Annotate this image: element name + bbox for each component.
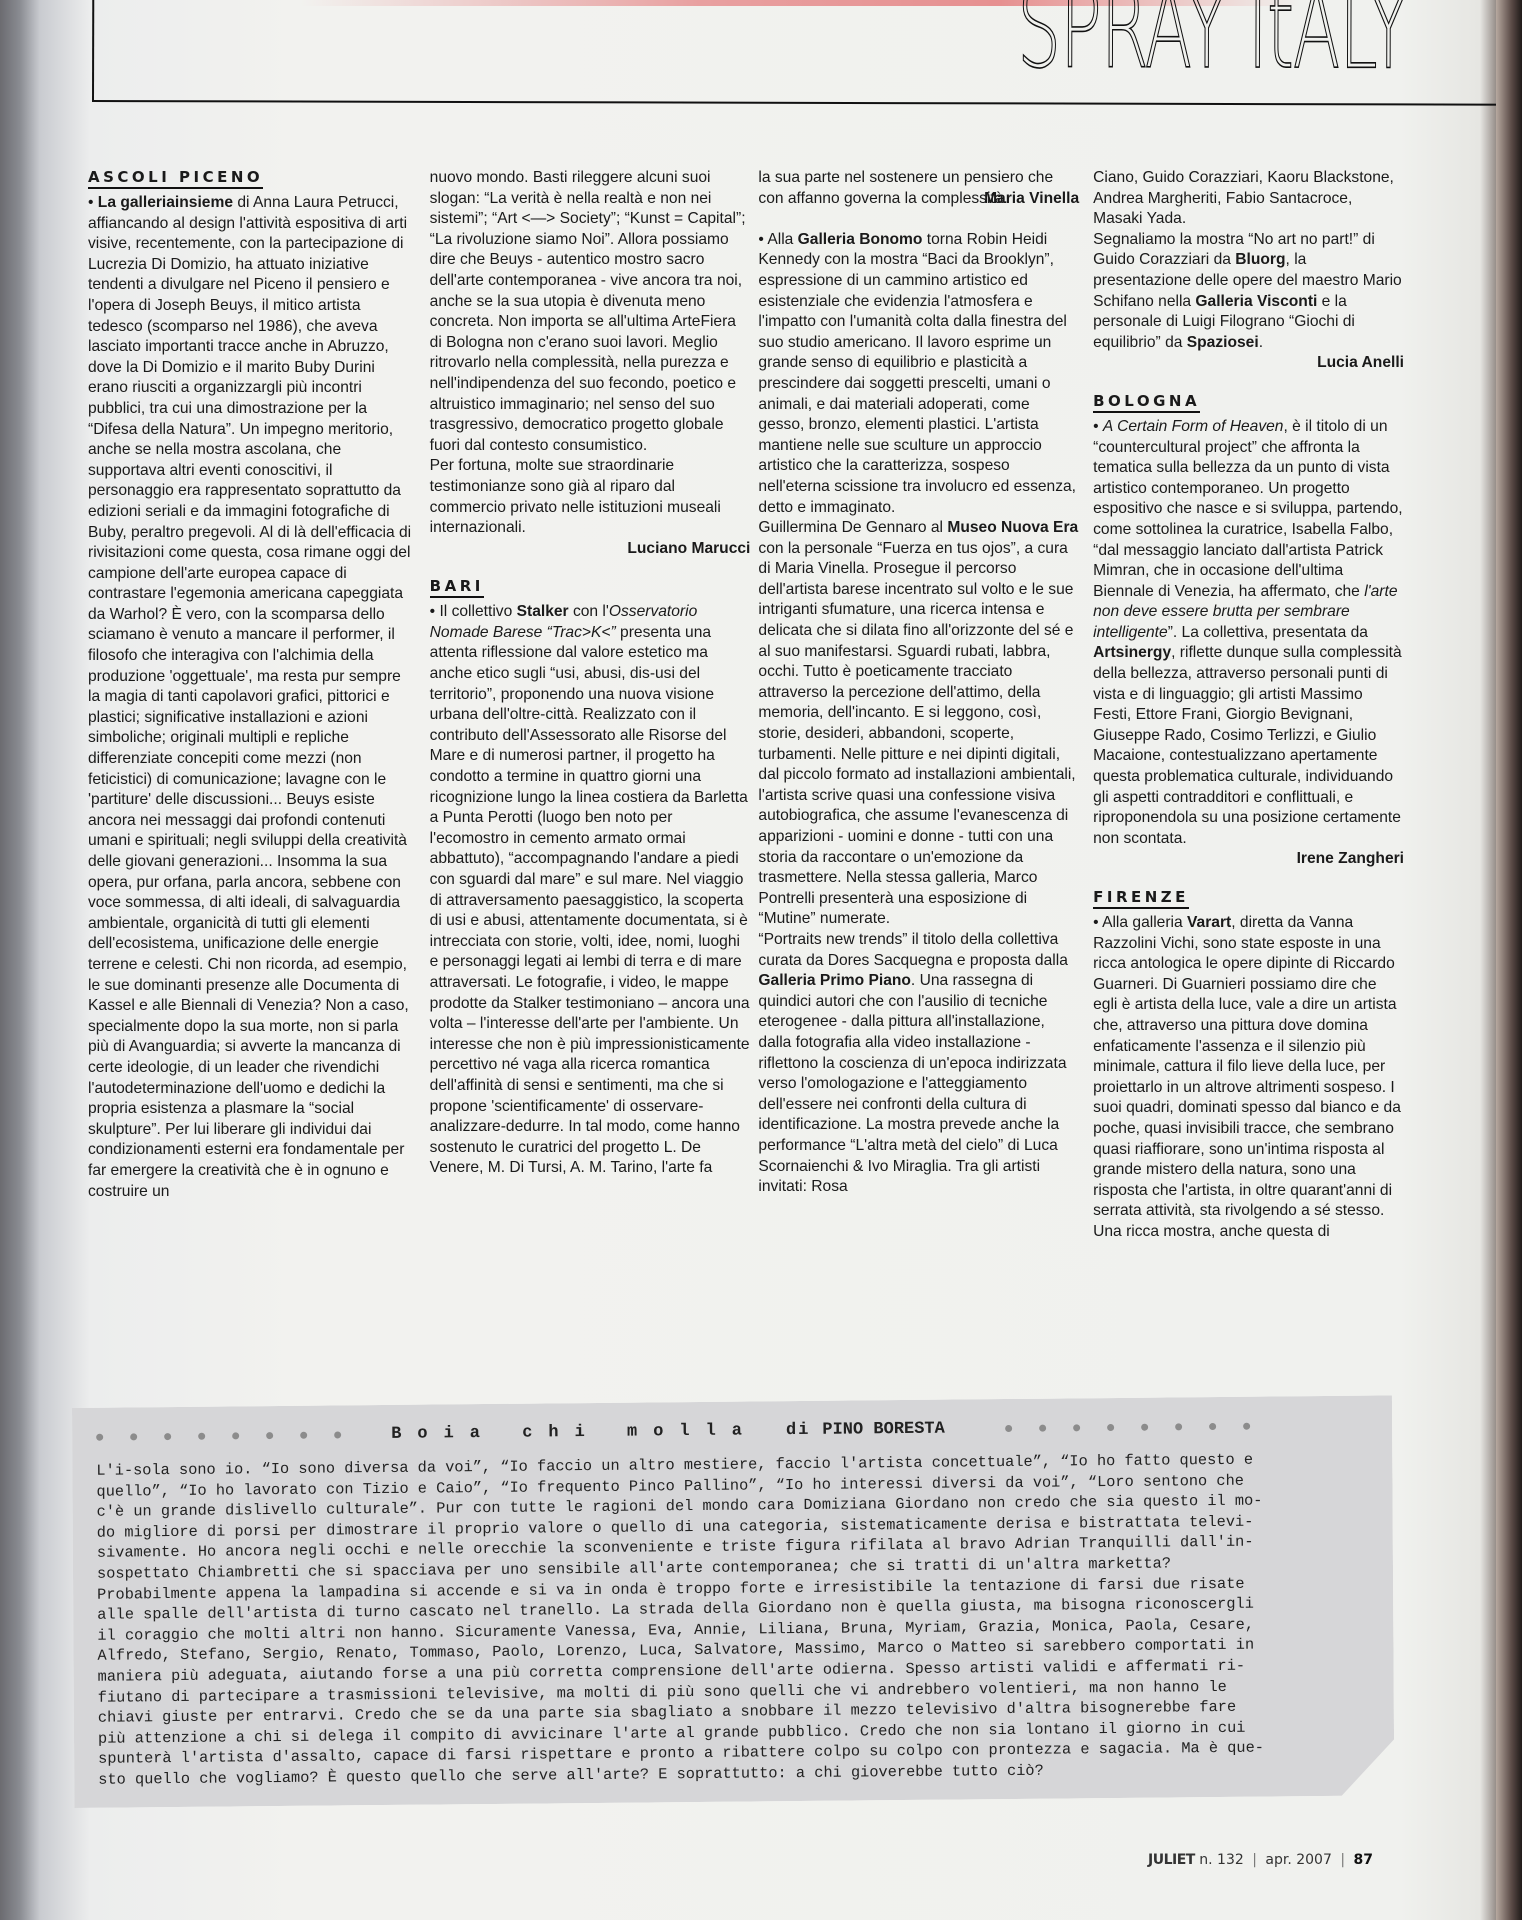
- gallery-name: Galleria Primo Piano: [758, 972, 911, 989]
- city-heading-bologna: BOLOGNA: [1093, 392, 1200, 413]
- dot-icon: [1107, 1424, 1114, 1431]
- dot-icon: [96, 1434, 103, 1441]
- article-bari-bonomo: • Alla Galleria Bonomo torna Robin Heidi…: [758, 230, 1079, 518]
- gallery-name: La galleriainsieme: [98, 194, 233, 211]
- dot-icon: [1175, 1423, 1182, 1430]
- city-heading-bari: BARI: [430, 577, 484, 598]
- article-text: Alla: [767, 231, 797, 248]
- column-author: PINO BORESTA: [822, 1420, 945, 1440]
- author-signature: Lucia Anelli: [1093, 353, 1404, 374]
- article-text: , diretta da Vanna Razzolini Vichi, sono…: [1093, 914, 1401, 1219]
- separator: |: [1340, 1852, 1345, 1868]
- article-text: Segnaliamo la mostra “No art no part!” d…: [1093, 231, 1375, 269]
- header-frame: SPRAY ItALY: [92, 0, 1522, 106]
- article-columns: ASCOLI PICENO • La galleriainsieme di An…: [88, 168, 1418, 1393]
- article-text: . Una rassegna di quindici autori che co…: [758, 972, 1066, 1195]
- city-heading-ascoli-piceno: ASCOLI PICENO: [88, 168, 263, 189]
- article-bari-stalker: • Il collettivo Stalker con l'Osservator…: [430, 602, 751, 1179]
- gallery-name: Varart: [1187, 914, 1231, 931]
- dot-icon: [130, 1433, 137, 1440]
- dot-icon: [1209, 1423, 1216, 1430]
- article-bari-museo: Guillermina De Gennaro al Museo Nuova Er…: [758, 518, 1079, 930]
- article-firenze-continuation: Una ricca mostra, anche questa di: [1093, 1222, 1404, 1243]
- dot-icon: [198, 1433, 205, 1440]
- dot-icon: [1073, 1424, 1080, 1431]
- column-body: L'i-sola sono io. “Io sono diversa da vo…: [72, 1434, 1394, 1790]
- organization-name: Artsinergy: [1093, 644, 1171, 661]
- article-text: Il collettivo: [439, 603, 516, 620]
- dot-icon: [1141, 1424, 1148, 1431]
- collective-name: Stalker: [517, 603, 569, 620]
- museum-name: Museo Nuova Era: [947, 519, 1078, 536]
- author-signature: Irene Zangheri: [1093, 849, 1404, 870]
- gallery-name: Galleria Visconti: [1195, 293, 1317, 310]
- decorative-dots-left: [96, 1431, 341, 1440]
- article-text: Guillermina De Gennaro al: [758, 519, 947, 536]
- article-ascoli-piceno: • La galleriainsieme di Anna Laura Petru…: [88, 193, 414, 1202]
- article-bari-segnaliamo: Segnaliamo la mostra “No art no part!” d…: [1093, 230, 1404, 354]
- page-footer: JULIET n. 132 | apr. 2007 | 87: [1148, 1852, 1373, 1868]
- article-bari-primo-piano: “Portraits new trends” il titolo della c…: [758, 930, 1079, 1198]
- column-author-prefix: di: [786, 1421, 811, 1440]
- gallery-name: Spaziosei: [1187, 334, 1259, 351]
- exhibition-title: A Certain Form of Heaven: [1103, 418, 1284, 435]
- article-continuation: nuovo mondo. Basti rileggere alcuni suoi…: [430, 168, 751, 456]
- gallery-name: Bluorg: [1235, 251, 1285, 268]
- article-text: “Portraits new trends” il titolo della c…: [758, 931, 1067, 969]
- author-signature: Luciano Marucci: [430, 539, 751, 560]
- article-text: di Anna Laura Petrucci, affiancando al d…: [88, 194, 411, 1200]
- article-text: con la personale “Fuerza en tus ojos”, a…: [758, 540, 1075, 928]
- issue-date: apr. 2007: [1265, 1852, 1331, 1868]
- article-text: presenta una attenta riflessione dal val…: [430, 624, 750, 1176]
- article-text: Alla galleria: [1102, 914, 1187, 931]
- magazine-name: JULIET: [1148, 1852, 1195, 1868]
- dot-icon: [232, 1432, 239, 1439]
- column-4: Ciano, Guido Corazziari, Kaoru Blackston…: [1093, 168, 1418, 1393]
- section-title: SPRAY ItALY: [1017, 0, 1409, 85]
- article-text: , riflette dunque sulla complessità dell…: [1093, 644, 1402, 846]
- column-3: la sua parte nel sostenere un pensiero c…: [758, 168, 1093, 1393]
- opinion-column-box: Boia chi molla di PINO BORESTA L'i-sola …: [72, 1395, 1394, 1808]
- dot-icon: [1243, 1423, 1250, 1430]
- article-text: torna Robin Heidi Kennedy con la mostra …: [758, 231, 1076, 516]
- column-1: ASCOLI PICENO • La galleriainsieme di An…: [88, 168, 428, 1393]
- column-title: Boia chi molla: [391, 1421, 758, 1444]
- article-firenze: • Alla galleria Varart, diretta da Vanna…: [1093, 913, 1404, 1222]
- article-continuation-2: Per fortuna, molte sue straordinarie tes…: [430, 456, 751, 538]
- article-text: , è il titolo di un “countercultural pro…: [1093, 418, 1402, 600]
- magazine-page: SPRAY ItALY ASCOLI PICENO • La galleriai…: [0, 0, 1522, 1920]
- article-text: ”. La collettiva, presentata da: [1168, 624, 1368, 641]
- dot-icon: [1005, 1425, 1012, 1432]
- separator: |: [1252, 1852, 1257, 1868]
- article-continuation: Ciano, Guido Corazziari, Kaoru Blackston…: [1093, 168, 1404, 230]
- city-heading-firenze: FIRENZE: [1093, 888, 1189, 909]
- issue-number: n. 132: [1199, 1852, 1244, 1868]
- dot-icon: [334, 1431, 341, 1438]
- gallery-name: Galleria Bonomo: [798, 231, 923, 248]
- dot-icon: [300, 1432, 307, 1439]
- article-text: con l': [569, 603, 609, 620]
- dot-icon: [164, 1433, 171, 1440]
- column-2: nuovo mondo. Basti rileggere alcuni suoi…: [430, 168, 765, 1393]
- dot-icon: [266, 1432, 273, 1439]
- page-number: 87: [1354, 1852, 1373, 1868]
- page-edge-shadow: [1496, 0, 1522, 1920]
- article-text: .: [1259, 334, 1263, 351]
- article-bologna: • A Certain Form of Heaven, è il titolo …: [1093, 417, 1404, 849]
- dot-icon: [1039, 1425, 1046, 1432]
- decorative-dots-right: [1005, 1423, 1250, 1432]
